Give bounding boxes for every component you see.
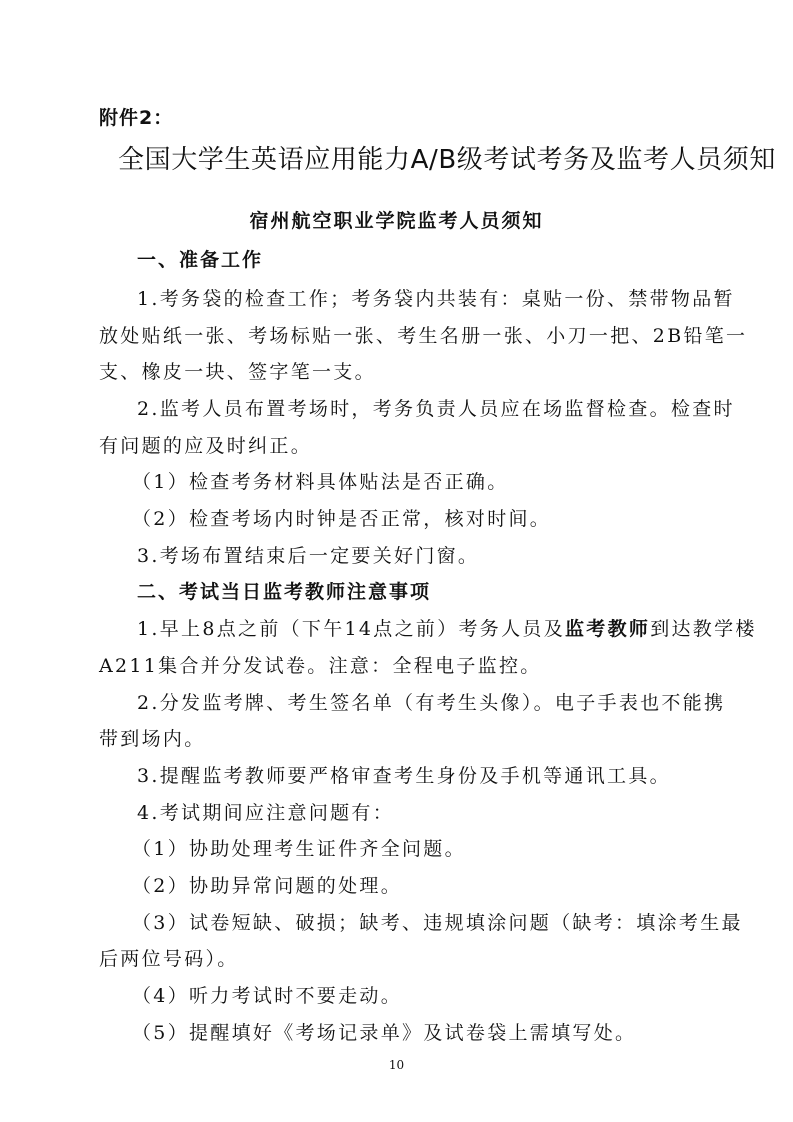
paragraph-line: 带到场内。 bbox=[99, 724, 206, 751]
text-segment: 到达教学楼 bbox=[650, 618, 757, 640]
paragraph-line: A211集合并分发试卷。注意：全程电子监控。 bbox=[99, 651, 542, 678]
paragraph-line: 2.分发监考牌、考生签名单（有考生头像）。电子手表也不能携 bbox=[137, 688, 725, 715]
list-item: （3）试卷短缺、破损；缺考、违规填涂问题（缺考：填涂考生最 bbox=[132, 908, 743, 935]
paragraph-line: 支、橡皮一块、签字笔一支。 bbox=[99, 357, 376, 384]
paragraph-line: 2.监考人员布置考场时，考务负责人员应在场监督检查。检查时 bbox=[137, 394, 735, 421]
paragraph-line: 3.提醒监考教师要严格审查考生身份及手机等通讯工具。 bbox=[137, 761, 671, 788]
section-heading-exam-day: 二、考试当日监考教师注意事项 bbox=[137, 577, 431, 604]
document-title: 全国大学生英语应用能力A/B级考试考务及监考人员须知 bbox=[118, 139, 776, 176]
paragraph-line: 3.考场布置结束后一定要关好门窗。 bbox=[137, 541, 479, 568]
list-item: （1）协助处理考生证件齐全问题。 bbox=[132, 834, 466, 861]
list-item: （2）检查考场内时钟是否正常，核对时间。 bbox=[132, 504, 551, 531]
list-item: （1）检查考务材料具体贴法是否正确。 bbox=[132, 467, 509, 494]
bold-text-supervisor: 监考教师 bbox=[565, 618, 650, 640]
text-segment: 1.早上8点之前（下午14点之前）考务人员及 bbox=[137, 618, 565, 640]
paragraph-line: 后两位号码）。 bbox=[99, 944, 239, 971]
section-heading-preparation: 一、准备工作 bbox=[137, 245, 263, 272]
document-subtitle: 宿州航空职业学院监考人员须知 bbox=[0, 206, 793, 233]
attachment-label: 附件2： bbox=[99, 103, 173, 130]
page-number: 10 bbox=[0, 1058, 793, 1072]
paragraph-line: 1.早上8点之前（下午14点之前）考务人员及监考教师到达教学楼 bbox=[137, 614, 757, 641]
paragraph-line: 4.考试期间应注意问题有： bbox=[137, 798, 394, 825]
paragraph-line: 放处贴纸一张、考场标贴一张、考生名册一张、小刀一把、2B铅笔一 bbox=[99, 321, 747, 348]
list-item: （2）协助异常问题的处理。 bbox=[132, 871, 402, 898]
list-item: （5）提醒填好《考场记录单》及试卷袋上需填写处。 bbox=[132, 1018, 636, 1045]
paragraph-line: 1.考务袋的检查工作；考务袋内共装有：桌贴一份、禁带物品暂 bbox=[137, 284, 735, 311]
list-item: （4）听力考试时不要走动。 bbox=[132, 981, 402, 1008]
paragraph-line: 有问题的应及时纠正。 bbox=[99, 431, 312, 458]
